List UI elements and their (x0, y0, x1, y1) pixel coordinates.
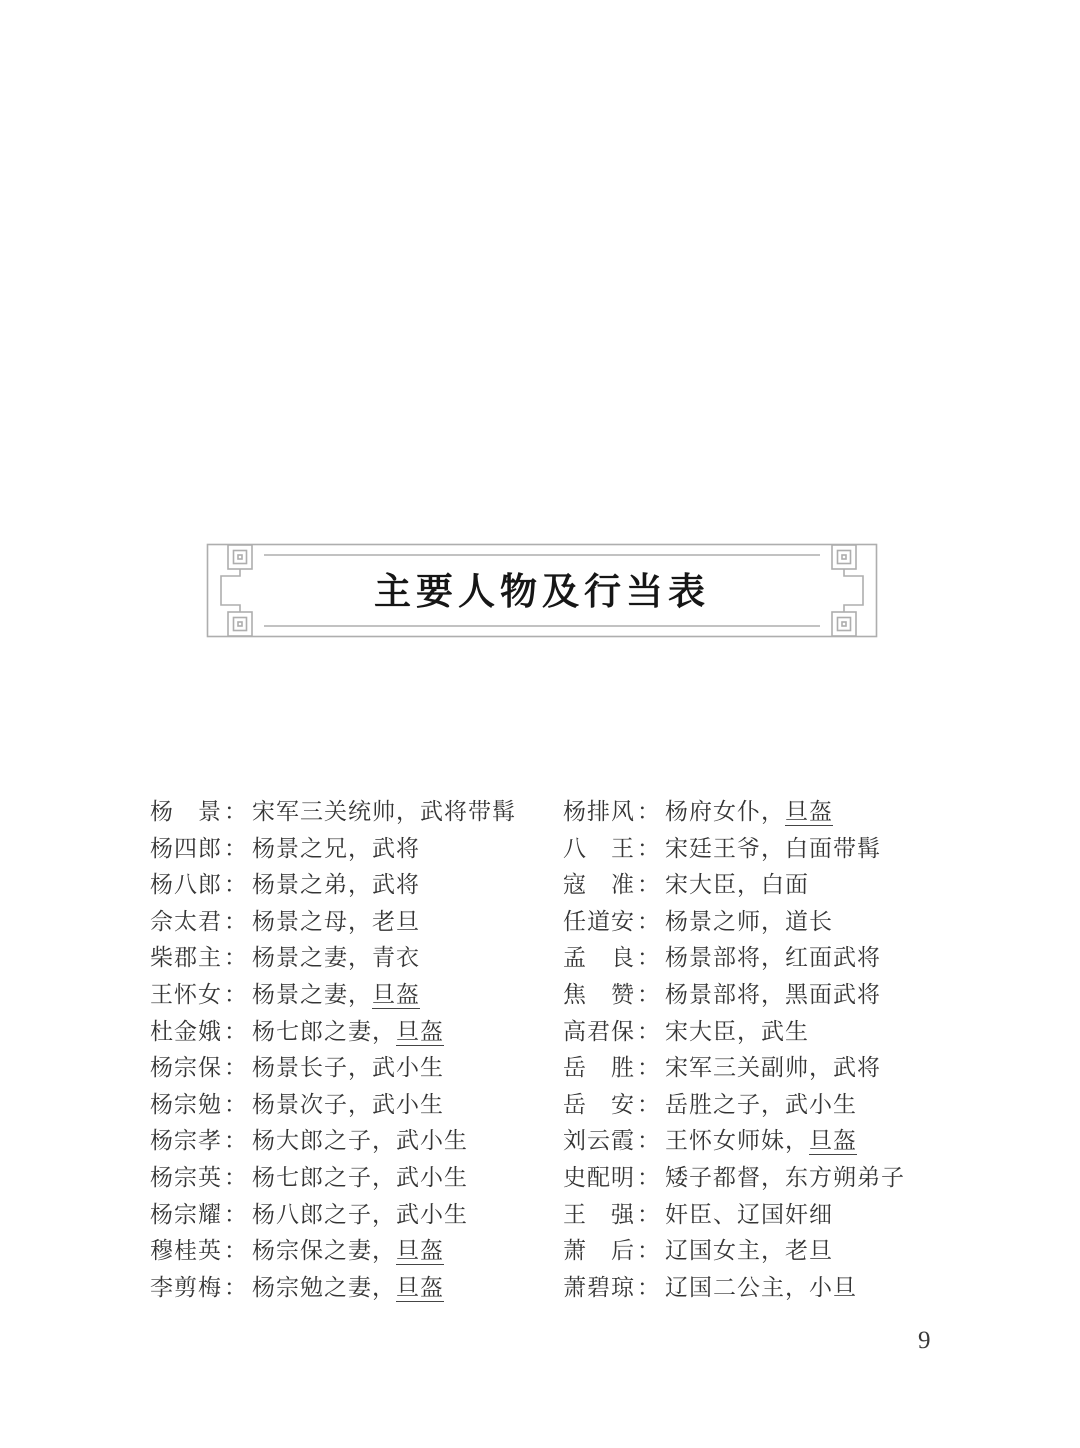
character-name: 杨宗孝 (150, 1123, 224, 1160)
cast-entry: 史配明：矮子都督，东方朔弟子 (563, 1160, 905, 1197)
colon-separator: ： (224, 1233, 248, 1270)
character-description: 杨景之母，老旦 (252, 909, 420, 934)
colon-separator: ： (637, 1123, 661, 1160)
colon-separator: ： (637, 1087, 661, 1124)
colon-separator: ： (224, 904, 248, 941)
character-name: 岳 安 (563, 1087, 637, 1124)
underlined-role-term: 旦盔 (372, 982, 420, 1009)
character-name: 杨宗耀 (150, 1197, 224, 1234)
page-number: 9 (918, 1327, 931, 1355)
character-name: 孟 良 (563, 940, 637, 977)
character-description: 宋大臣，武生 (665, 1019, 809, 1044)
cast-entry: 高君保：宋大臣，武生 (563, 1014, 905, 1051)
cast-entry: 杨排风：杨府女仆，旦盔 (563, 794, 905, 831)
colon-separator: ： (224, 1050, 248, 1087)
title-frame: 主要人物及行当表 (206, 543, 878, 638)
character-description: 杨景之兄，武将 (252, 836, 420, 861)
character-description: 杨景之师，道长 (665, 909, 833, 934)
character-description: 杨七郎之子，武小生 (252, 1165, 468, 1190)
character-name: 杨宗保 (150, 1050, 224, 1087)
character-name: 岳 胜 (563, 1050, 637, 1087)
character-description: 杨景部将，黑面武将 (665, 982, 881, 1007)
character-name: 任道安 (563, 904, 637, 941)
cast-entry: 杨宗保：杨景长子，武小生 (150, 1050, 516, 1087)
cast-entry: 杨宗勉：杨景次子，武小生 (150, 1087, 516, 1124)
book-page: 主要人物及行当表 杨 景：宋军三关统帅，武将带髯 杨四郎：杨景之兄，武将 杨八郎… (0, 0, 1080, 1448)
cast-entry: 萧 后：辽国女主，老旦 (563, 1233, 905, 1270)
character-description: 矮子都督，东方朔弟子 (665, 1165, 905, 1190)
colon-separator: ： (224, 940, 248, 977)
character-name: 穆桂英 (150, 1233, 224, 1270)
colon-separator: ： (637, 867, 661, 904)
character-description: 辽国二公主，小旦 (665, 1275, 857, 1300)
character-name: 刘云霞 (563, 1123, 637, 1160)
character-name: 杜金娥 (150, 1014, 224, 1051)
cast-entry: 王 强：奸臣、辽国奸细 (563, 1197, 905, 1234)
cast-entry: 任道安：杨景之师，道长 (563, 904, 905, 941)
cast-entry: 孟 良：杨景部将，红面武将 (563, 940, 905, 977)
character-description: 奸臣、辽国奸细 (665, 1202, 833, 1227)
colon-separator: ： (224, 1123, 248, 1160)
cast-entry: 柴郡主：杨景之妻，青衣 (150, 940, 516, 977)
character-name: 高君保 (563, 1014, 637, 1051)
character-description: 杨景次子，武小生 (252, 1092, 444, 1117)
colon-separator: ： (224, 1087, 248, 1124)
character-description: 宋军三关副帅，武将 (665, 1055, 881, 1080)
character-description: 杨宗保之妻，旦盔 (252, 1238, 444, 1265)
cast-column-right: 杨排风：杨府女仆，旦盔 八 王：宋廷王爷，白面带髯 寇 准：宋大臣，白面 任道安… (563, 794, 905, 1306)
character-description: 宋军三关统帅，武将带髯 (252, 799, 516, 824)
character-name: 寇 准 (563, 867, 637, 904)
cast-entry: 杨八郎：杨景之弟，武将 (150, 867, 516, 904)
cast-entry: 穆桂英：杨宗保之妻，旦盔 (150, 1233, 516, 1270)
underlined-role-term: 旦盔 (396, 1238, 444, 1265)
underlined-role-term: 旦盔 (396, 1019, 444, 1046)
character-name: 杨八郎 (150, 867, 224, 904)
character-name: 萧碧琼 (563, 1270, 637, 1307)
character-name: 王 强 (563, 1197, 637, 1234)
cast-entry: 杨四郎：杨景之兄，武将 (150, 831, 516, 868)
cast-entry: 杨宗耀：杨八郎之子，武小生 (150, 1197, 516, 1234)
cast-entry: 岳 安：岳胜之子，武小生 (563, 1087, 905, 1124)
cast-entry: 萧碧琼：辽国二公主，小旦 (563, 1270, 905, 1307)
character-name: 萧 后 (563, 1233, 637, 1270)
character-name: 王怀女 (150, 977, 224, 1014)
colon-separator: ： (637, 1050, 661, 1087)
cast-entry: 杜金娥：杨七郎之妻，旦盔 (150, 1014, 516, 1051)
character-name: 杨宗英 (150, 1160, 224, 1197)
colon-separator: ： (224, 1014, 248, 1051)
colon-separator: ： (637, 1270, 661, 1307)
underlined-role-term: 旦盔 (809, 1128, 857, 1155)
cast-column-left: 杨 景：宋军三关统帅，武将带髯 杨四郎：杨景之兄，武将 杨八郎：杨景之弟，武将 … (150, 794, 516, 1306)
character-description: 杨景之妻，青衣 (252, 945, 420, 970)
character-description: 杨景之弟，武将 (252, 872, 420, 897)
colon-separator: ： (224, 794, 248, 831)
character-name: 佘太君 (150, 904, 224, 941)
underlined-role-term: 旦盔 (396, 1275, 444, 1302)
character-name: 杨宗勉 (150, 1087, 224, 1124)
character-name: 杨 景 (150, 794, 224, 831)
colon-separator: ： (637, 1160, 661, 1197)
colon-separator: ： (637, 977, 661, 1014)
character-description: 杨宗勉之妻，旦盔 (252, 1275, 444, 1302)
colon-separator: ： (637, 1014, 661, 1051)
cast-entry: 李剪梅：杨宗勉之妻，旦盔 (150, 1270, 516, 1307)
cast-entry: 杨宗孝：杨大郎之子，武小生 (150, 1123, 516, 1160)
cast-entry: 杨宗英：杨七郎之子，武小生 (150, 1160, 516, 1197)
colon-separator: ： (637, 1233, 661, 1270)
character-description: 宋廷王爷，白面带髯 (665, 836, 881, 861)
colon-separator: ： (637, 904, 661, 941)
cast-entry: 焦 赞：杨景部将，黑面武将 (563, 977, 905, 1014)
character-description: 杨七郎之妻，旦盔 (252, 1019, 444, 1046)
colon-separator: ： (224, 1197, 248, 1234)
colon-separator: ： (224, 831, 248, 868)
character-description: 杨大郎之子，武小生 (252, 1128, 468, 1153)
cast-entry: 寇 准：宋大臣，白面 (563, 867, 905, 904)
colon-separator: ： (637, 940, 661, 977)
character-description: 杨府女仆，旦盔 (665, 799, 833, 826)
character-name: 柴郡主 (150, 940, 224, 977)
cast-entry: 八 王：宋廷王爷，白面带髯 (563, 831, 905, 868)
character-name: 杨四郎 (150, 831, 224, 868)
colon-separator: ： (637, 1197, 661, 1234)
character-description: 杨景长子，武小生 (252, 1055, 444, 1080)
character-description: 宋大臣，白面 (665, 872, 809, 897)
character-description: 辽国女主，老旦 (665, 1238, 833, 1263)
colon-separator: ： (224, 977, 248, 1014)
cast-entry: 王怀女：杨景之妻，旦盔 (150, 977, 516, 1014)
character-name: 史配明 (563, 1160, 637, 1197)
colon-separator: ： (224, 1270, 248, 1307)
page-title: 主要人物及行当表 (206, 540, 878, 635)
colon-separator: ： (637, 794, 661, 831)
underlined-role-term: 旦盔 (785, 799, 833, 826)
cast-entry: 佘太君：杨景之母，老旦 (150, 904, 516, 941)
colon-separator: ： (224, 1160, 248, 1197)
character-name: 杨排风 (563, 794, 637, 831)
cast-entry: 杨 景：宋军三关统帅，武将带髯 (150, 794, 516, 831)
character-description: 岳胜之子，武小生 (665, 1092, 857, 1117)
character-name: 李剪梅 (150, 1270, 224, 1307)
colon-separator: ： (224, 867, 248, 904)
colon-separator: ： (637, 831, 661, 868)
cast-entry: 岳 胜：宋军三关副帅，武将 (563, 1050, 905, 1087)
character-name: 焦 赞 (563, 977, 637, 1014)
character-description: 杨八郎之子，武小生 (252, 1202, 468, 1227)
character-description: 杨景之妻，旦盔 (252, 982, 420, 1009)
character-description: 杨景部将，红面武将 (665, 945, 881, 970)
character-description: 王怀女师妹，旦盔 (665, 1128, 857, 1155)
character-name: 八 王 (563, 831, 637, 868)
cast-entry: 刘云霞：王怀女师妹，旦盔 (563, 1123, 905, 1160)
